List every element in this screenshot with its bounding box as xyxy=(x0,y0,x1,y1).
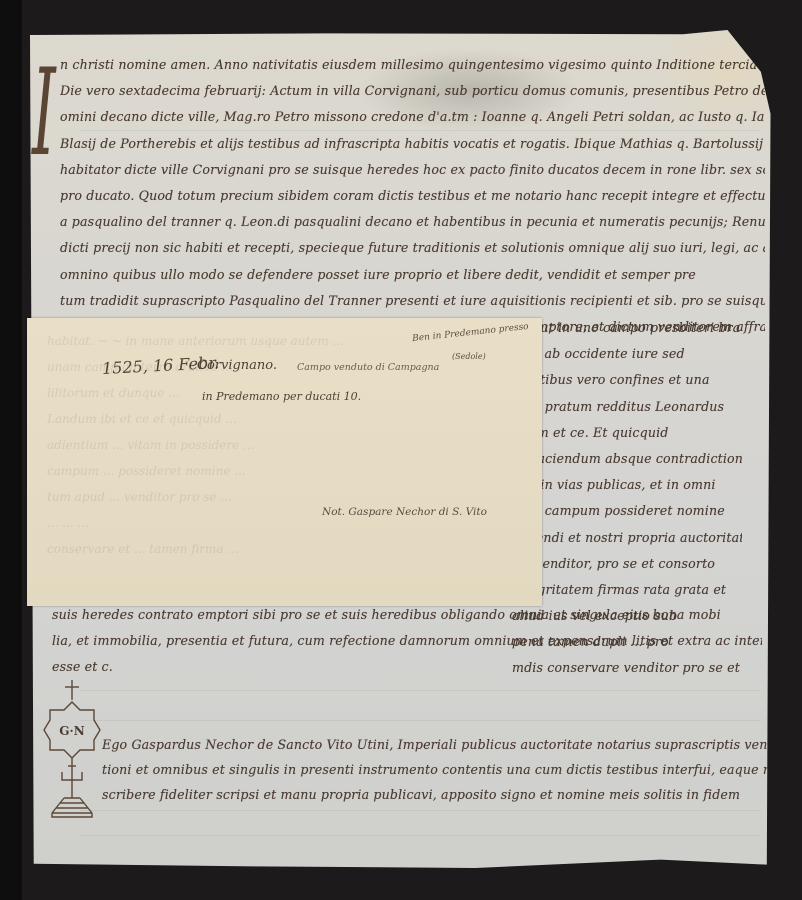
right-column-line: ib. faciendum absque contradictione xyxy=(512,446,742,472)
right-column-line: om: ut in uno campo presbiteri bra xyxy=(512,315,742,341)
bleed-line: conservare et ... tamen firma ... xyxy=(47,536,527,562)
body-line: a pasqualino del tranner q. Leon.di pasq… xyxy=(60,209,765,235)
right-column-line: ius venditor, pro se et consorto xyxy=(512,551,742,577)
note-notary: Not. Gaspare Nechor di S. Vito xyxy=(322,506,487,518)
ruling-line xyxy=(80,720,760,721)
right-column-line: idie, ab occidente iure sed xyxy=(512,341,742,367)
note-location: in Predemano per ducati 10. xyxy=(202,390,361,403)
subscription-line: tioni et omnibus et singulis in presenti… xyxy=(102,757,772,782)
scan-border-left xyxy=(0,0,22,900)
note-place: Corvignano. xyxy=(197,358,277,373)
right-column-line: montibus vero confines et una xyxy=(512,367,742,393)
signum-initials: G·N xyxy=(59,724,84,738)
ruling-line xyxy=(80,835,760,836)
note-description: Campo venduto di Campagna xyxy=(297,362,439,373)
body-line: omnino quibus ullo modo se defendere pos… xyxy=(60,262,765,288)
right-column-line: num pratum redditus Leonardus xyxy=(512,394,742,420)
ruling-line xyxy=(80,810,760,811)
bleed-line: campum ... possideret nomine ... xyxy=(47,458,527,484)
bleed-line: Landum ibi et ce et quicquid ... xyxy=(47,406,527,432)
notarial-signum: G·N xyxy=(42,680,102,820)
right-column-line: dum campum possideret nomine xyxy=(512,498,742,524)
deed-closing-clause: suis heredes contrato emptori sibi pro s… xyxy=(52,602,762,681)
note-annotation-paren: (Sedole) xyxy=(452,352,486,361)
body-line: omini decano dicte ville, Mag.ro Petro m… xyxy=(60,104,765,130)
body-line: tum tradidit suprascripto Pasqualino del… xyxy=(60,288,765,314)
closing-line: esse et c. xyxy=(52,654,762,680)
bleed-line: adientium ... vitam in possidere ... xyxy=(47,432,527,458)
right-column-line: itus in vias publicas, et in omni xyxy=(512,472,742,498)
signum-icon: G·N xyxy=(42,680,102,820)
body-line: habitator dicte ville Corvignani pro se … xyxy=(60,157,765,183)
document-scan: I n christi nomine amen. Anno nativitati… xyxy=(0,0,802,900)
ruling-line xyxy=(80,690,760,691)
closing-line: lia, et immobilia, presentia et futura, … xyxy=(52,628,762,654)
right-column-line: cipiendi et nostri propria auctoritate xyxy=(512,525,742,551)
body-line: n christi nomine amen. Anno nativitatis … xyxy=(60,52,765,78)
attached-archival-note: habitat. ~ ~ in mane anteriorum usque au… xyxy=(27,318,542,606)
body-line: pro ducato. Quod totum precium sibidem c… xyxy=(60,183,765,209)
body-line: dicti precij non sic habiti et recepti, … xyxy=(60,235,765,261)
body-line: Blasij de Portherebis et alijs testibus … xyxy=(60,131,765,157)
decorated-initial: I xyxy=(32,54,56,174)
subscription-line: Ego Gaspardus Nechor de Sancto Vito Utin… xyxy=(102,732,772,757)
right-column-line: ndum et ce. Et quicquid xyxy=(512,420,742,446)
subscription-line: scribere fideliter scripsi et manu propr… xyxy=(102,782,772,807)
right-column-line: integritatem firmas rata grata et xyxy=(512,577,742,603)
body-line: Die vero sextadecima februarij: Actum in… xyxy=(60,78,765,104)
notary-subscription: Ego Gaspardus Nechor de Sancto Vito Utin… xyxy=(102,732,772,807)
